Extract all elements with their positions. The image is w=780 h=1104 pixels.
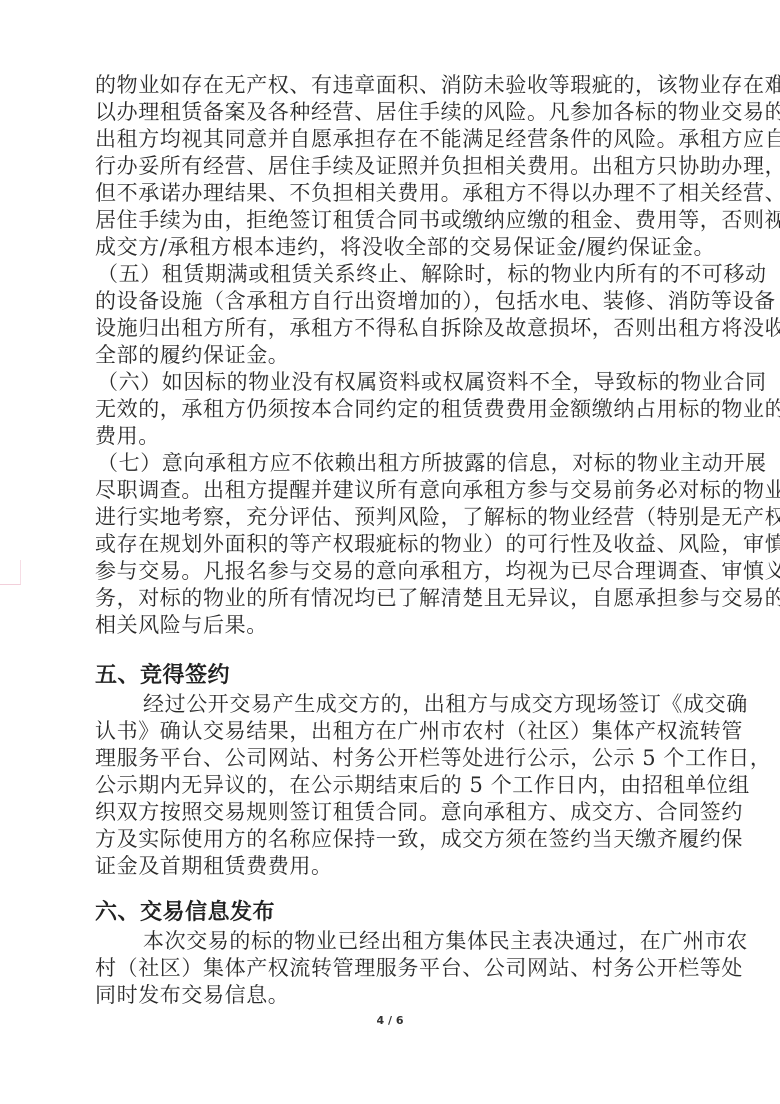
paragraph-continuation-risk: 的物业如存在无产权、有违章面积、消防未验收等瑕疵的，该物业存在难 以办理租赁备案… (95, 72, 697, 261)
stamp-mark (0, 560, 21, 585)
text-line: 公示期内无异议的，在公示期结束后的 5 个工作日内，由招租单位组 (95, 772, 697, 799)
text-line: 相关风险与后果。 (95, 612, 697, 639)
text-line: （七）意向承租方应不依赖出租方所披露的信息，对标的物业主动开展 (95, 450, 697, 477)
text-line: 全部的履约保证金。 (95, 342, 697, 369)
paragraph-award-signing: 经过公开交易产生成交方的，出租方与成交方现场签订《成交确 认书》确认交易结果，出… (95, 691, 697, 880)
text-line: 成交方/承租方根本违约，将没收全部的交易保证金/履约保证金。 (95, 234, 697, 261)
text-line: 同时发布交易信息。 (95, 982, 697, 1009)
text-line: 的物业如存在无产权、有违章面积、消防未验收等瑕疵的，该物业存在难 (95, 72, 697, 99)
text-line: 的设备设施（含承租方自行出资增加的），包括水电、装修、消防等设备 (95, 288, 697, 315)
text-line: 但不承诺办理结果、不负担相关费用。承租方不得以办理不了相关经营、 (95, 180, 697, 207)
text-line: 无效的，承租方仍须按本合同约定的租赁费费用金额缴纳占用标的物业的 (95, 396, 697, 423)
text-line: 以办理租赁备案及各种经营、居住手续的风险。凡参加各标的物业交易的， (95, 99, 697, 126)
text-line: 村（社区）集体产权流转管理服务平台、公司网站、村务公开栏等处 (95, 955, 697, 982)
text-line: 参与交易。凡报名参与交易的意向承租方，均视为已尽合理调查、审慎义 (95, 558, 697, 585)
text-line: （六）如因标的物业没有权属资料或权属资料不全，导致标的物业合同 (95, 369, 697, 396)
text-line: 织双方按照交易规则签订租赁合同。意向承租方、成交方、合同签约 (95, 799, 697, 826)
text-line: 认书》确认交易结果，出租方在广州市农村（社区）集体产权流转管 (95, 718, 697, 745)
text-line: 行办妥所有经营、居住手续及证照并负担相关费用。出租方只协助办理， (95, 153, 697, 180)
text-line: 设施归出租方所有，承租方不得私自拆除及故意损坏，否则出租方将没收 (95, 315, 697, 342)
text-line: 证金及首期租赁费费用。 (95, 853, 697, 880)
section-heading-award-signing: 五、竞得签约 (95, 661, 697, 691)
text-line: 出租方均视其同意并自愿承担存在不能满足经营条件的风险。承租方应自 (95, 126, 697, 153)
text-line: 费用。 (95, 423, 697, 450)
paragraph-clause-7: （七）意向承租方应不依赖出租方所披露的信息，对标的物业主动开展 尽职调查。出租方… (95, 450, 697, 639)
text-line: 尽职调查。出租方提醒并建议所有意向承租方参与交易前务必对标的物业 (95, 477, 697, 504)
text-line: 务，对标的物业的所有情况均已了解清楚且无异议，自愿承担参与交易的 (95, 585, 697, 612)
text-line: 居住手续为由，拒绝签订租赁合同书或缴纳应缴的租金、费用等，否则视 (95, 207, 697, 234)
spacer (95, 880, 697, 898)
section-heading-info-release: 六、交易信息发布 (95, 898, 697, 928)
document-page: 的物业如存在无产权、有违章面积、消防未验收等瑕疵的，该物业存在难 以办理租赁备案… (95, 72, 697, 1009)
text-line: 理服务平台、公司网站、村务公开栏等处进行公示，公示 5 个工作日， (95, 745, 697, 772)
paragraph-info-release: 本次交易的标的物业已经出租方集体民主表决通过，在广州市农 村（社区）集体产权流转… (95, 928, 697, 1009)
text-line: 或存在规划外面积的等产权瑕疵标的物业）的可行性及收益、风险，审慎 (95, 531, 697, 558)
text-line: 经过公开交易产生成交方的，出租方与成交方现场签订《成交确 (95, 691, 697, 718)
text-line: 进行实地考察，充分评估、预判风险，了解标的物业经营（特别是无产权 (95, 504, 697, 531)
text-line: 方及实际使用方的名称应保持一致，成交方须在签约当天缴齐履约保 (95, 826, 697, 853)
paragraph-clause-5: （五）租赁期满或租赁关系终止、解除时，标的物业内所有的不可移动 的设备设施（含承… (95, 261, 697, 369)
spacer (95, 639, 697, 661)
text-line: （五）租赁期满或租赁关系终止、解除时，标的物业内所有的不可移动 (95, 261, 697, 288)
text-line: 本次交易的标的物业已经出租方集体民主表决通过，在广州市农 (95, 928, 697, 955)
paragraph-clause-6: （六）如因标的物业没有权属资料或权属资料不全，导致标的物业合同 无效的，承租方仍… (95, 369, 697, 450)
page-number: 4 / 6 (0, 1014, 780, 1027)
